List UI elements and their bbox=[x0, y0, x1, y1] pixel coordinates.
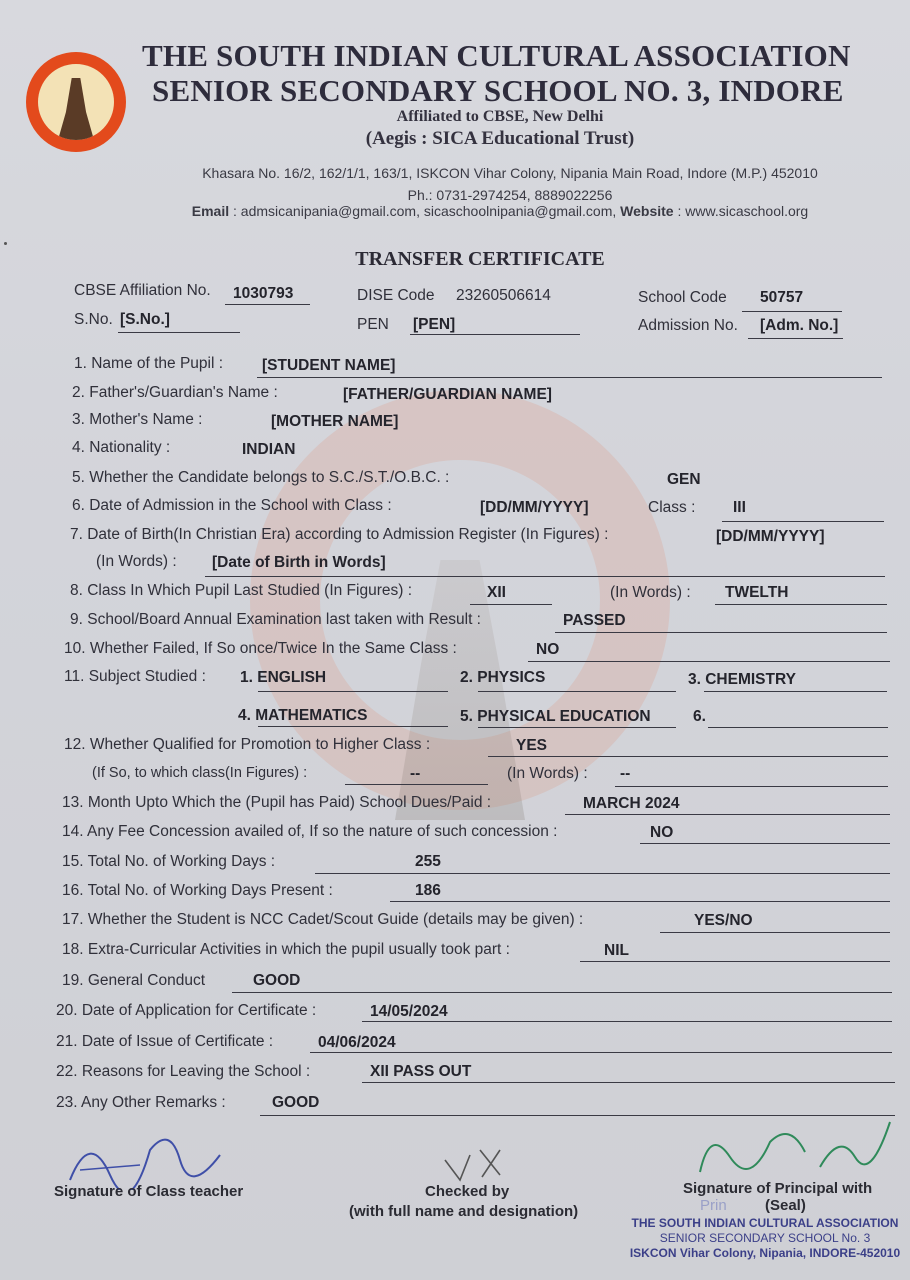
stamp-prin: Prin bbox=[700, 1198, 727, 1213]
principal-label: Signature of Principal with bbox=[683, 1180, 872, 1197]
field-12-value: YES bbox=[516, 737, 547, 755]
field-8-words-label: (In Words) : bbox=[610, 584, 691, 602]
field-10-value: NO bbox=[536, 641, 559, 659]
field-12-sub-label: (If So, to which class(In Figures) : bbox=[92, 765, 307, 781]
field-7-words-label: (In Words) : bbox=[96, 553, 177, 571]
class-teacher-signature-icon bbox=[60, 1120, 280, 1190]
phone: Ph.: 0731-2974254, 8889022256 bbox=[0, 187, 910, 203]
admission-label: Admission No. bbox=[638, 317, 738, 335]
field-23-label: 23. Any Other Remarks : bbox=[56, 1094, 226, 1112]
subject-3: 3. CHEMISTRY bbox=[688, 671, 796, 689]
sno-label: S.No. bbox=[74, 311, 113, 329]
dise-value: 23260506614 bbox=[456, 287, 551, 305]
email-label: Email bbox=[192, 203, 229, 219]
seal-label: (Seal) bbox=[765, 1198, 806, 1213]
pen-value: [PEN] bbox=[413, 316, 455, 334]
admission-value: [Adm. No.] bbox=[760, 317, 838, 335]
field-6-value: [DD/MM/YYYY] bbox=[480, 499, 589, 517]
checked-by-label: Checked by bbox=[425, 1183, 509, 1200]
field-12-label: 12. Whether Qualified for Promotion to H… bbox=[64, 736, 430, 754]
pen-label: PEN bbox=[357, 316, 389, 334]
field-9-label: 9. School/Board Annual Examination last … bbox=[70, 611, 481, 629]
field-5-value: GEN bbox=[667, 471, 701, 489]
field-12-sub-value: -- bbox=[410, 765, 420, 783]
field-11-label: 11. Subject Studied : bbox=[64, 668, 206, 686]
field-8-value: XII bbox=[487, 584, 506, 602]
field-22-label: 22. Reasons for Leaving the School : bbox=[56, 1063, 310, 1081]
field-21-value: 04/06/2024 bbox=[318, 1034, 396, 1052]
field-13-label: 13. Month Upto Which the (Pupil has Paid… bbox=[62, 794, 491, 812]
school-name-line2: SENIOR SECONDARY SCHOOL NO. 3, INDORE bbox=[152, 73, 844, 109]
field-7-value: [DD/MM/YYYY] bbox=[716, 528, 825, 546]
emails: : admsicanipania@gmail.com, sicaschoolni… bbox=[233, 203, 616, 219]
field-18-value: NIL bbox=[604, 942, 629, 960]
class-teacher-label: Signature of Class teacher bbox=[54, 1183, 243, 1200]
field-18-label: 18. Extra-Curricular Activities in which… bbox=[62, 941, 510, 959]
field-3-label: 3. Mother's Name : bbox=[72, 411, 202, 429]
field-19-label: 19. General Conduct bbox=[62, 972, 205, 990]
field-17-value: YES/NO bbox=[694, 912, 753, 930]
checked-by-sub: (with full name and designation) bbox=[349, 1203, 578, 1220]
contact-line: Email : admsicanipania@gmail.com, sicasc… bbox=[0, 203, 910, 219]
subject-5: 5. PHYSICAL EDUCATION bbox=[460, 708, 651, 726]
field-6-label: 6. Date of Admission in the School with … bbox=[72, 497, 392, 515]
field-23-value: GOOD bbox=[272, 1094, 319, 1112]
field-12-words-value: -- bbox=[620, 765, 630, 783]
aegis: (Aegis : SICA Educational Trust) bbox=[0, 128, 910, 150]
document-title: TRANSFER CERTIFICATE bbox=[0, 248, 910, 271]
sno-value: [S.No.] bbox=[120, 311, 170, 329]
subject-4: 4. MATHEMATICS bbox=[238, 707, 367, 725]
address: Khasara No. 16/2, 162/1/1, 163/1, ISKCON… bbox=[0, 165, 910, 181]
field-15-value: 255 bbox=[415, 853, 441, 871]
stamp-line3: ISKCON Vihar Colony, Nipania, INDORE-452… bbox=[615, 1246, 910, 1261]
affiliation: Affiliated to CBSE, New Delhi bbox=[0, 108, 910, 126]
field-16-value: 186 bbox=[415, 882, 441, 900]
stamp-line1: THE SOUTH INDIAN CULTURAL ASSOCIATION bbox=[615, 1216, 910, 1231]
field-7-label: 7. Date of Birth(In Christian Era) accor… bbox=[70, 526, 608, 544]
field-13-value: MARCH 2024 bbox=[583, 795, 679, 813]
field-20-value: 14/05/2024 bbox=[370, 1003, 448, 1021]
school-code-label: School Code bbox=[638, 289, 727, 307]
field-8-words-value: TWELTH bbox=[725, 584, 788, 602]
field-12-words-label: (In Words) : bbox=[507, 765, 588, 783]
field-8-label: 8. Class In Which Pupil Last Studied (In… bbox=[70, 582, 412, 600]
dise-label: DISE Code bbox=[357, 287, 435, 305]
subject-1: 1. ENGLISH bbox=[240, 669, 326, 687]
field-10-label: 10. Whether Failed, If So once/Twice In … bbox=[64, 640, 457, 658]
field-16-label: 16. Total No. of Working Days Present : bbox=[62, 882, 333, 900]
field-6-class-value: III bbox=[733, 499, 746, 517]
field-7-words-value: [Date of Birth in Words] bbox=[212, 554, 386, 572]
field-2-value: [FATHER/GUARDIAN NAME] bbox=[343, 386, 552, 404]
field-14-value: NO bbox=[650, 824, 673, 842]
field-3-value: [MOTHER NAME] bbox=[271, 413, 398, 431]
website: : www.sicaschool.org bbox=[678, 203, 809, 219]
subject-6: 6. bbox=[693, 708, 706, 726]
field-4-value: INDIAN bbox=[242, 441, 295, 459]
field-2-label: 2. Father's/Guardian's Name : bbox=[72, 384, 278, 402]
school-stamp: Prin (Seal) THE SOUTH INDIAN CULTURAL AS… bbox=[615, 1214, 910, 1261]
field-9-value: PASSED bbox=[563, 612, 626, 630]
field-19-value: GOOD bbox=[253, 972, 300, 990]
checked-by-signature-icon bbox=[440, 1145, 520, 1185]
cbse-label: CBSE Affiliation No. bbox=[74, 282, 211, 300]
field-4-label: 4. Nationality : bbox=[72, 439, 170, 457]
subject-2: 2. PHYSICS bbox=[460, 669, 545, 687]
field-1-label: 1. Name of the Pupil : bbox=[74, 355, 223, 373]
website-label: Website bbox=[620, 203, 673, 219]
field-1-value: [STUDENT NAME] bbox=[262, 357, 395, 375]
speck bbox=[4, 242, 7, 245]
field-20-label: 20. Date of Application for Certificate … bbox=[56, 1002, 316, 1020]
field-17-label: 17. Whether the Student is NCC Cadet/Sco… bbox=[62, 911, 583, 929]
field-15-label: 15. Total No. of Working Days : bbox=[62, 853, 275, 871]
school-code-value: 50757 bbox=[760, 289, 803, 307]
field-6-class-label: Class : bbox=[648, 499, 695, 517]
stamp-line2: SENIOR SECONDARY SCHOOL No. 3 bbox=[615, 1231, 910, 1246]
school-name-line1: THE SOUTH INDIAN CULTURAL ASSOCIATION bbox=[142, 38, 851, 74]
field-22-value: XII PASS OUT bbox=[370, 1063, 471, 1081]
field-14-label: 14. Any Fee Concession availed of, If so… bbox=[62, 823, 557, 841]
cbse-value: 1030793 bbox=[233, 285, 293, 303]
principal-signature-icon bbox=[690, 1112, 900, 1182]
field-5-label: 5. Whether the Candidate belongs to S.C.… bbox=[72, 469, 449, 487]
field-21-label: 21. Date of Issue of Certificate : bbox=[56, 1033, 273, 1051]
